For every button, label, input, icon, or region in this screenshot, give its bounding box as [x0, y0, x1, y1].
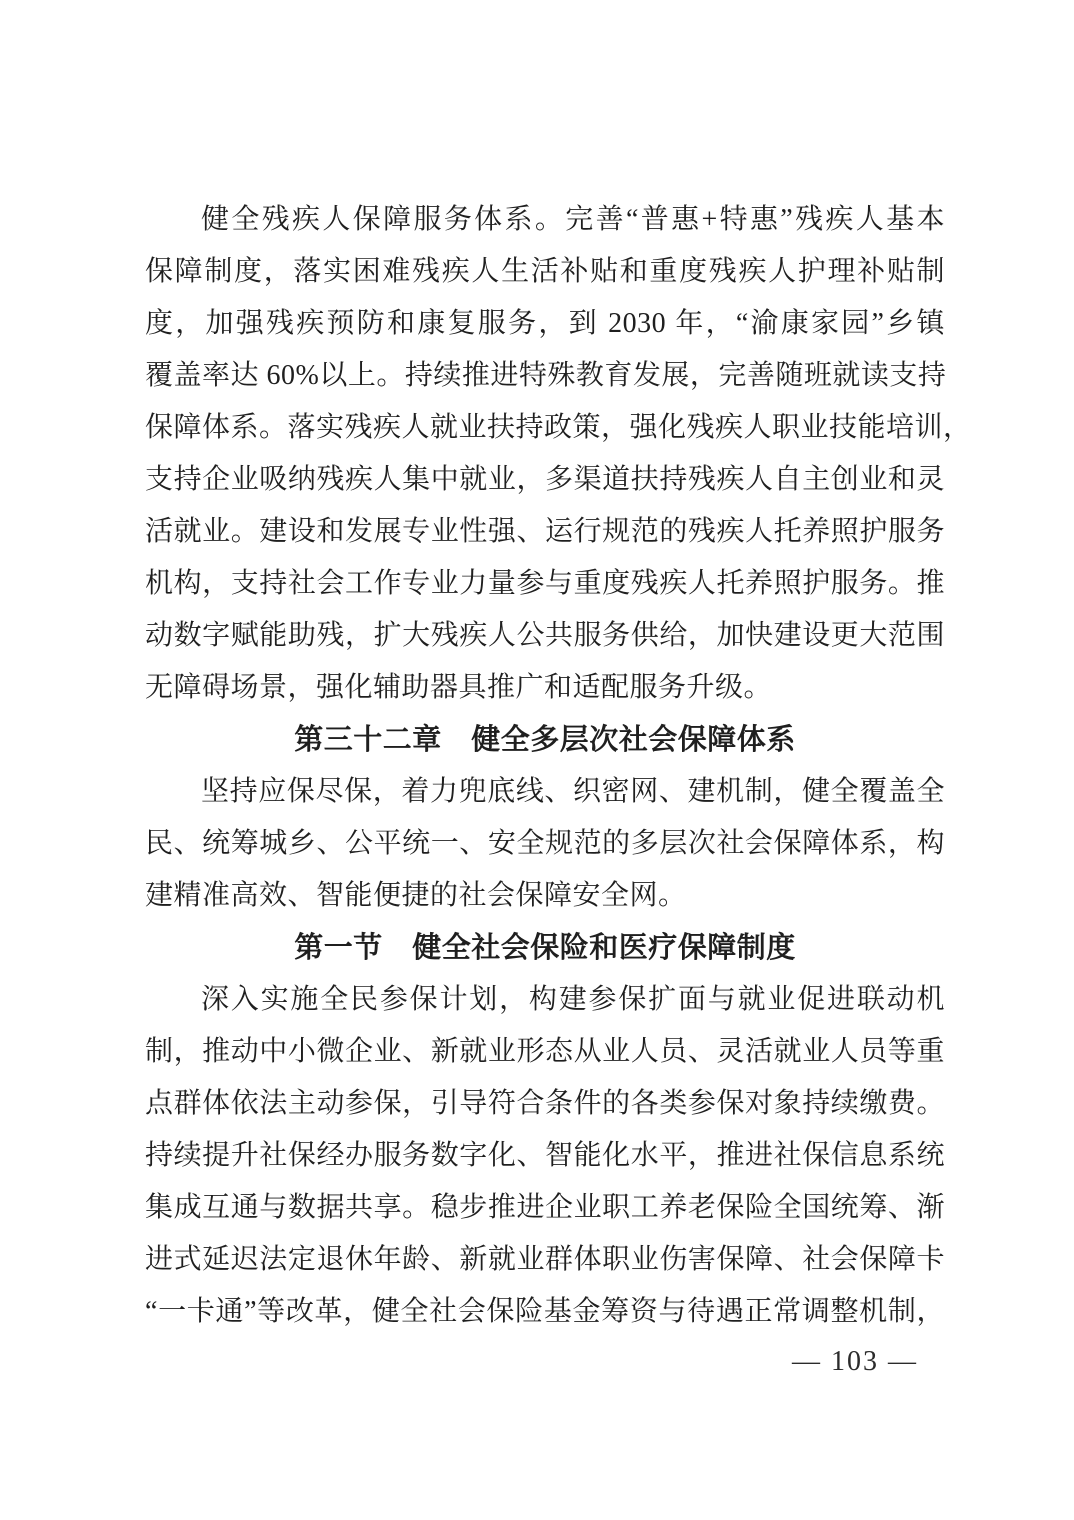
paragraph-line: 制，推动中小微企业、新就业形态从业人员、灵活就业人员等重: [145, 1026, 945, 1078]
paragraph-line: 点群体依法主动参保，引导符合条件的各类参保对象持续缴费。: [145, 1078, 945, 1130]
text-block: 健全残疾人保障服务体系。完善“普惠+特惠”残疾人基本保障制度，落实困难残疾人生活…: [145, 194, 945, 1338]
paragraph-last-line: 建精准高效、智能便捷的社会保障安全网。: [145, 870, 945, 922]
paragraph-first-line: 深入实施全民参保计划，构建参保扩面与就业促进联动机: [145, 974, 945, 1026]
paragraph-line: “一卡通”等改革，健全社会保险基金筹资与待遇正常调整机制，: [145, 1286, 945, 1338]
chapter-heading: 第三十二章 健全多层次社会保障体系: [145, 714, 945, 766]
paragraph-line: 民、统筹城乡、公平统一、安全规范的多层次社会保障体系，构: [145, 818, 945, 870]
paragraph-line: 集成互通与数据共享。稳步推进企业职工养老保险全国统筹、渐: [145, 1182, 945, 1234]
paragraph-line: 进式延迟法定退休年龄、新就业群体职业伤害保障、社会保障卡: [145, 1234, 945, 1286]
page-number: — 103 —: [780, 1340, 930, 1384]
paragraph-first-line: 坚持应保尽保，着力兜底线、织密网、建机制，健全覆盖全: [145, 766, 945, 818]
document-page: 健全残疾人保障服务体系。完善“普惠+特惠”残疾人基本保障制度，落实困难残疾人生活…: [0, 0, 1074, 1520]
paragraph-line: 度，加强残疾预防和康复服务，到 2030 年，“渝康家园”乡镇: [145, 298, 945, 350]
paragraph-line: 保障制度，落实困难残疾人生活补贴和重度残疾人护理补贴制: [145, 246, 945, 298]
paragraph-line: 活就业。建设和发展专业性强、运行规范的残疾人托养照护服务: [145, 506, 945, 558]
paragraph-line: 动数字赋能助残，扩大残疾人公共服务供给，加快建设更大范围: [145, 610, 945, 662]
section-heading: 第一节 健全社会保险和医疗保障制度: [145, 922, 945, 974]
paragraph-line: 机构，支持社会工作专业力量参与重度残疾人托养照护服务。推: [145, 558, 945, 610]
paragraph-line: 支持企业吸纳残疾人集中就业，多渠道扶持残疾人自主创业和灵: [145, 454, 945, 506]
paragraph-line: 保障体系。落实残疾人就业扶持政策，强化残疾人职业技能培训，: [145, 402, 945, 454]
paragraph-last-line: 无障碍场景，强化辅助器具推广和适配服务升级。: [145, 662, 945, 714]
paragraph-first-line: 健全残疾人保障服务体系。完善“普惠+特惠”残疾人基本: [145, 194, 945, 246]
paragraph-line: 持续提升社保经办服务数字化、智能化水平，推进社保信息系统: [145, 1130, 945, 1182]
paragraph-line: 覆盖率达 60%以上。持续推进特殊教育发展，完善随班就读支持: [145, 350, 945, 402]
